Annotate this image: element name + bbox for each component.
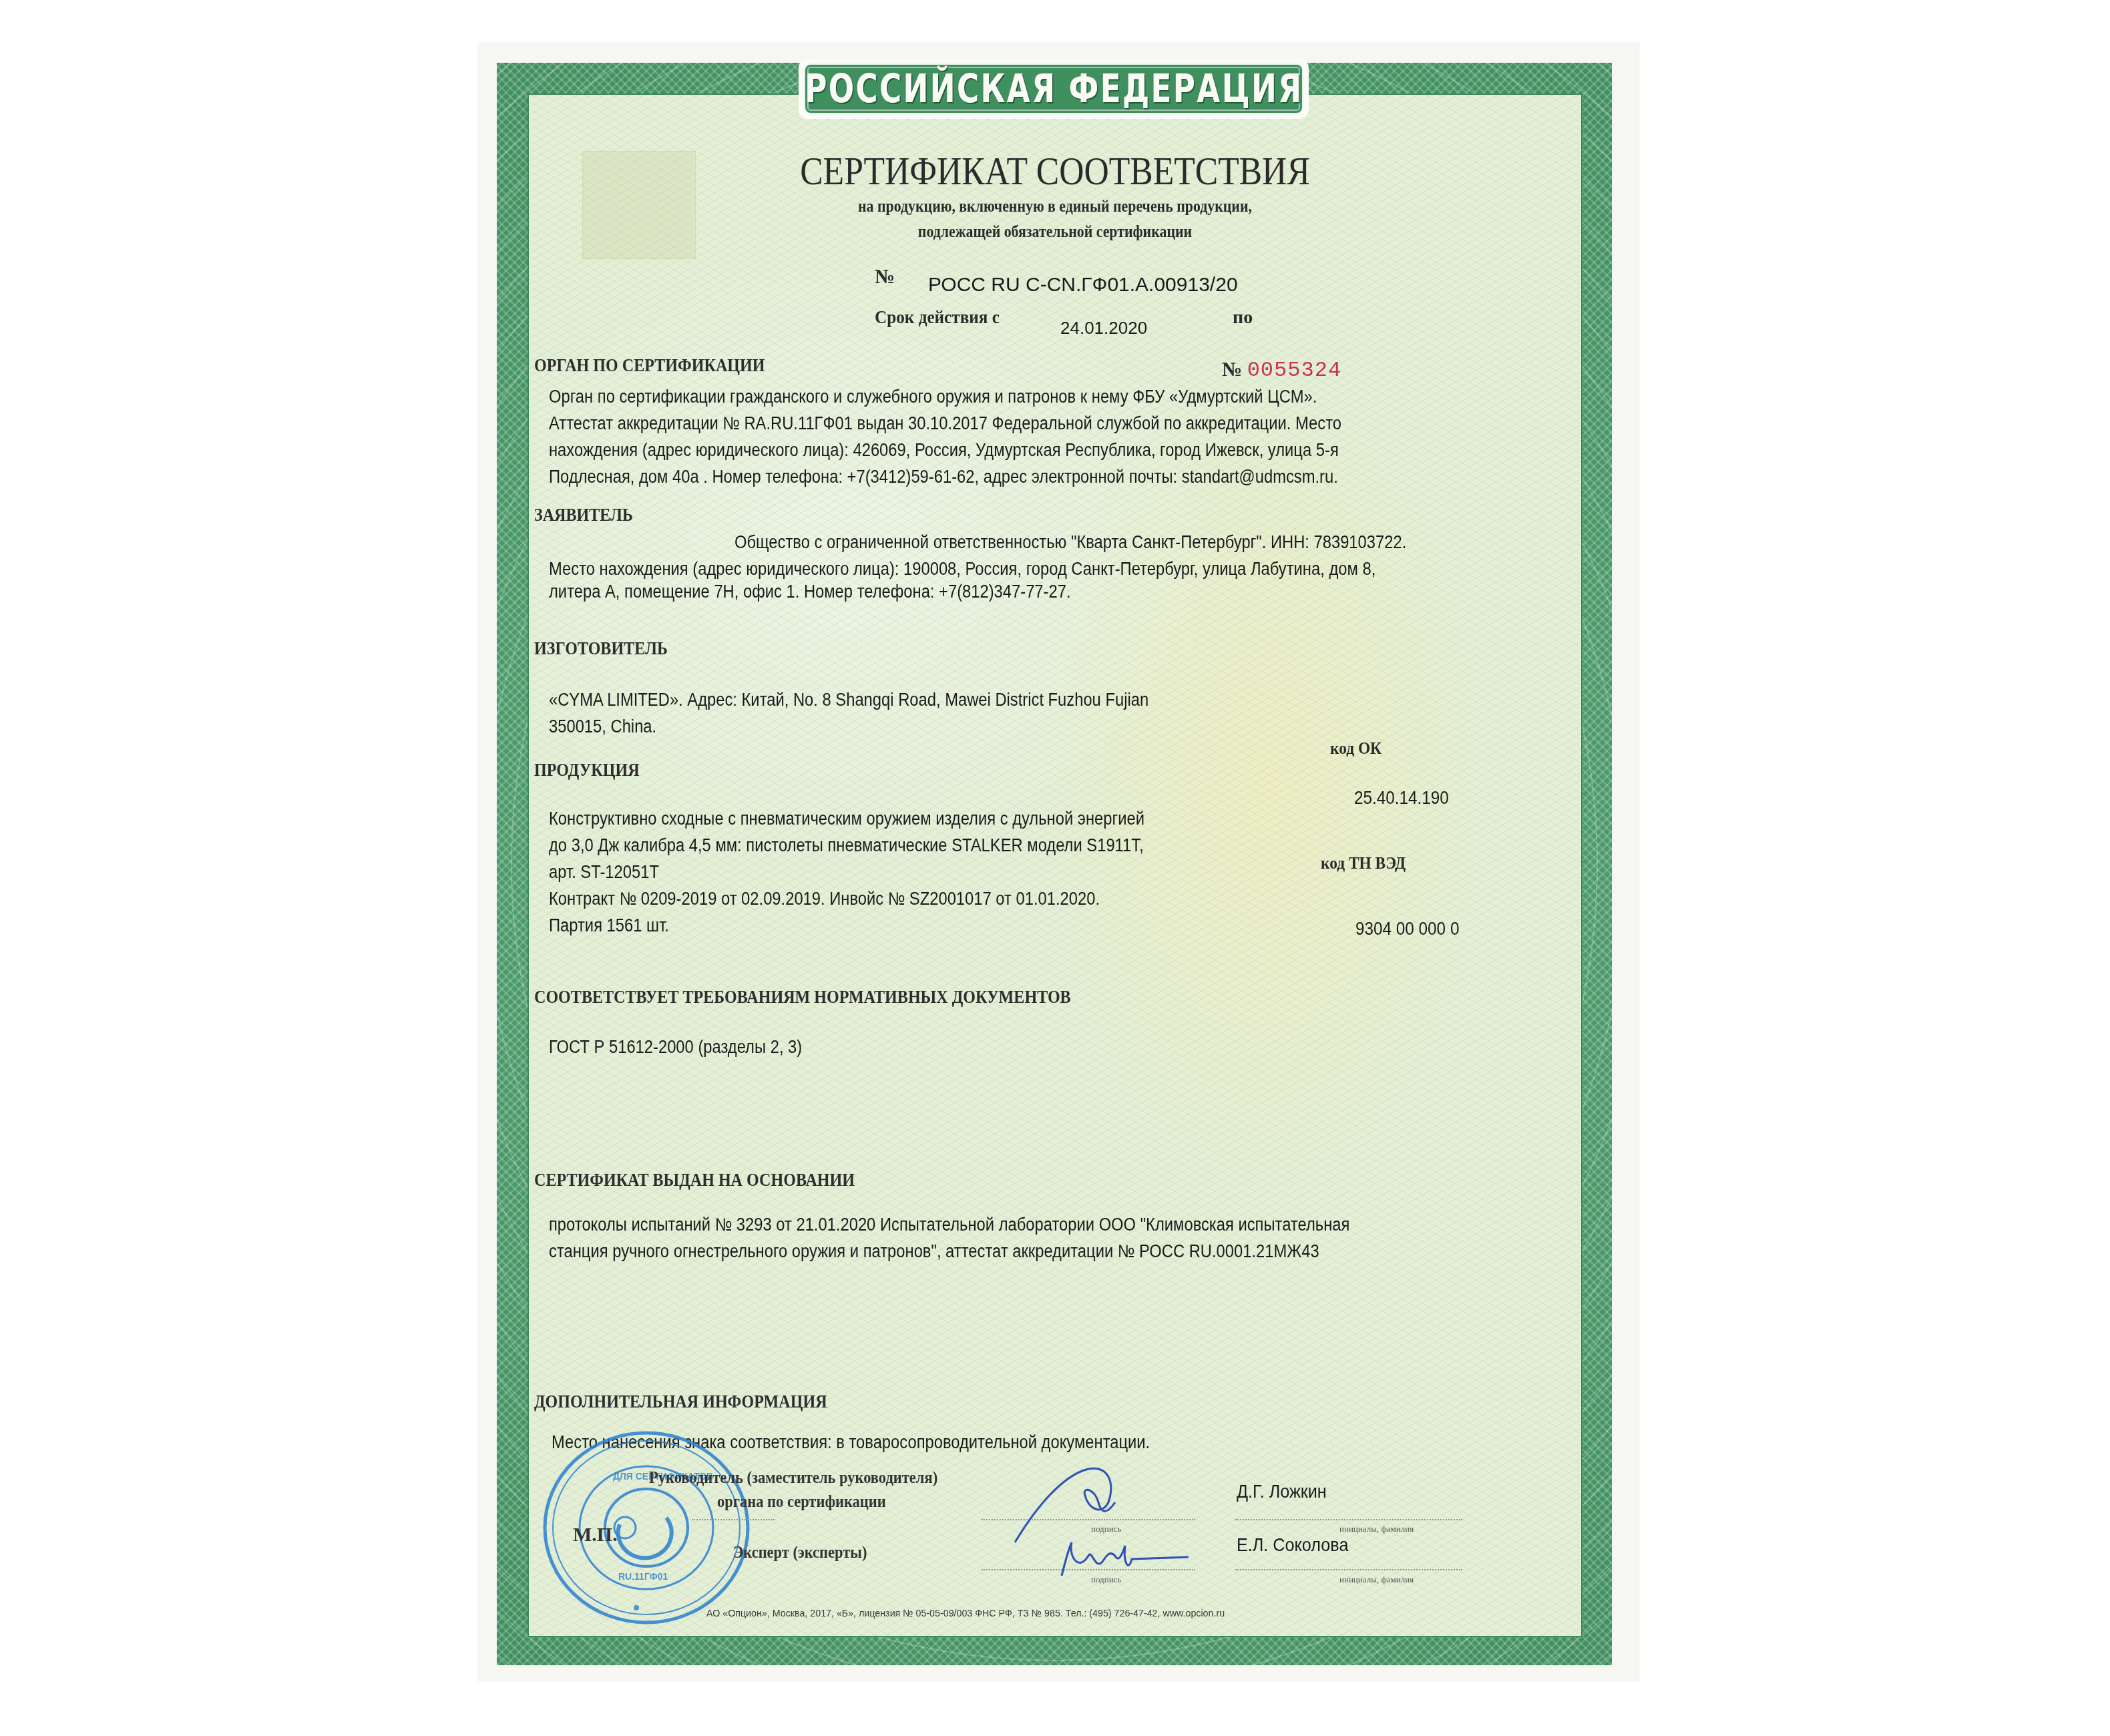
expert-signature-icon (1048, 1536, 1195, 1582)
applicant-line-3: литера А, помещение 7Н, офис 1. Номер те… (549, 578, 1071, 605)
blank-number-sign: № (1222, 359, 1242, 381)
tnved-code-value: 9304 00 000 0 (1355, 919, 1459, 939)
product-text: Конструктивно сходные с пневматическим о… (549, 805, 1144, 939)
text-line: арт. ST-12051T (549, 859, 1144, 885)
applicant-line-1: Общество с ограниченной ответственностью… (734, 529, 1406, 556)
text-line: Орган по сертификации гражданского и слу… (549, 383, 1341, 410)
printer-footer: АО «Опцион», Москва, 2017, «Б», лицензия… (706, 1608, 1225, 1619)
text-line: станция ручного огнестрельного оружия и … (549, 1238, 1349, 1265)
heading-additional-info: ДОПОЛНИТЕЛЬНАЯ ИНФОРМАЦИЯ (534, 1391, 827, 1413)
stamp-place-label: М.П. (573, 1524, 618, 1546)
valid-from-date: 24.01.2020 (1060, 318, 1147, 339)
okp-code-label: код ОК (1330, 738, 1382, 758)
watermark-square (582, 151, 696, 259)
text-line: Конструктивно сходные с пневматическим о… (549, 805, 1144, 832)
heading-certification-body: ОРГАН ПО СЕРТИФИКАЦИИ (534, 355, 765, 377)
expert-name-line (1235, 1569, 1462, 1570)
text-line: протоколы испытаний № 3293 от 21.01.2020… (549, 1211, 1349, 1238)
expert-label: Эксперт (эксперты) (733, 1544, 867, 1562)
blank-number: № 0055324 (1222, 358, 1341, 383)
valid-to-label: по (1233, 307, 1253, 329)
name-caption: инициалы, фамилия (1339, 1574, 1414, 1585)
text-line: 350015, China. (549, 713, 1148, 740)
text-line: Партия 1561 шт. (549, 912, 1144, 939)
heading-manufacturer: ИЗГОТОВИТЕЛЬ (534, 638, 668, 660)
head-label-line-1: Руководитель (заместитель руководителя) (649, 1469, 937, 1488)
country-banner-text: РОССИЙСКАЯ ФЕДЕРАЦИЯ (805, 66, 1303, 112)
text-line: Подлесная, дом 40а . Номер телефона: +7(… (549, 463, 1341, 490)
name-caption: инициалы, фамилия (1339, 1524, 1414, 1534)
document-title: СЕРТИФИКАТ СООТВЕТСТВИЯ (800, 148, 1310, 194)
basis-text: протоколы испытаний № 3293 от 21.01.2020… (549, 1211, 1349, 1265)
official-stamp-icon: ДЛЯ СЕРТИФИКАТОВ RU.11ГФ01 (540, 1428, 753, 1628)
text-line: Контракт № 0209-2019 от 02.09.2019. Инво… (549, 885, 1144, 912)
certificate-number: РОСС RU C-CN.ГФ01.А.00913/20 (928, 274, 1238, 296)
tnved-code-label: код ТН ВЭД (1321, 853, 1406, 873)
svg-text:RU.11ГФ01: RU.11ГФ01 (618, 1571, 668, 1582)
expert-name: Е.Л. Соколова (1237, 1534, 1348, 1556)
number-sign: № (875, 266, 895, 288)
text-line: нахождения (адрес юридического лица): 42… (549, 437, 1341, 463)
conformity-standard: ГОСТ Р 51612-2000 (разделы 2, 3) (549, 1034, 802, 1060)
head-label-line-2: органа по сертификации (717, 1493, 886, 1512)
heading-product: ПРОДУКЦИЯ (534, 760, 640, 781)
subtitle-line-1: на продукцию, включенную в единый перече… (858, 196, 1252, 216)
head-name: Д.Г. Ложкин (1237, 1481, 1327, 1502)
text-line: Аттестат аккредитации № RA.RU.11ГФ01 выд… (549, 410, 1341, 437)
head-name-line (1235, 1519, 1462, 1520)
validity-label: Срок действия с (875, 307, 1000, 329)
country-banner: РОССИЙСКАЯ ФЕДЕРАЦИЯ (799, 59, 1309, 119)
okp-code-value: 25.40.14.190 (1354, 788, 1449, 809)
certification-body-text: Орган по сертификации гражданского и слу… (549, 383, 1341, 490)
manufacturer-text: «CYMA LIMITED». Адрес: Китай, No. 8 Shan… (549, 686, 1148, 740)
text-line: до 3,0 Дж калибра 4,5 мм: пистолеты пнев… (549, 832, 1144, 859)
heading-conformity: СООТВЕТСТВУЕТ ТРЕБОВАНИЯМ НОРМАТИВНЫХ ДО… (534, 987, 1071, 1008)
text-line: «CYMA LIMITED». Адрес: Китай, No. 8 Shan… (549, 686, 1148, 713)
blank-number-value: 0055324 (1247, 358, 1341, 383)
heading-basis: СЕРТИФИКАТ ВЫДАН НА ОСНОВАНИИ (534, 1170, 855, 1191)
heading-applicant: ЗАЯВИТЕЛЬ (534, 505, 633, 526)
subtitle-line-2: подлежащей обязательной сертификации (918, 222, 1192, 242)
